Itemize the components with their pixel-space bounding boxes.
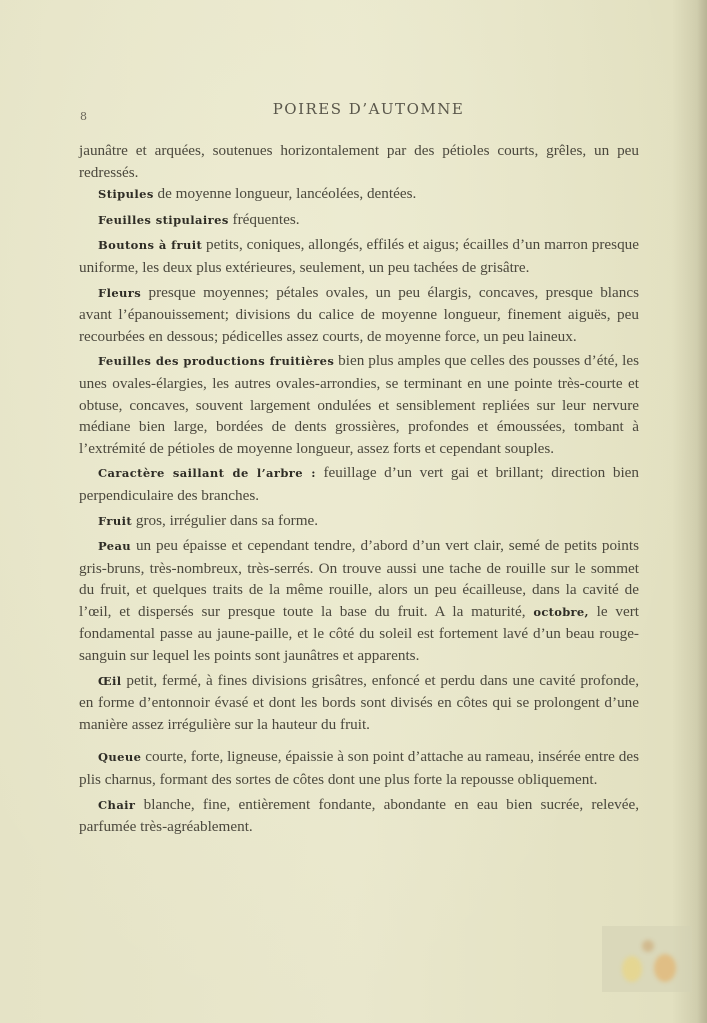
paragraph-oeil: Œil petit, fermé, à fines divisions gris… (79, 670, 639, 736)
paragraph-text: courte, forte, ligneuse, épaissie à son … (79, 748, 639, 788)
pear-illustration-bleed (654, 954, 676, 982)
paragraph-queue: Queue courte, forte, ligneuse, épaissie … (79, 746, 639, 790)
paragraph-chair: Chair blanche, fine, entièrement fondant… (79, 794, 639, 838)
paragraph-term: Feuilles des productions fruitières (98, 354, 334, 368)
paragraph-term: Chair (98, 798, 135, 812)
paragraph-fleurs: Fleurs presque moyennes; pétales ovales,… (79, 282, 639, 348)
paragraph-term: Caractère saillant de l’arbre : (98, 466, 316, 480)
pear-illustration-bleed (622, 956, 642, 982)
paragraph-term: Feuilles stipulaires (98, 213, 229, 227)
paragraph-term: Stipules (98, 187, 154, 201)
book-page: 8 POIRES D’AUTOMNE jaunâtre et arquées, … (0, 0, 707, 1023)
paragraph-text: fréquentes. (229, 211, 300, 228)
pear-illustration-bleed (642, 940, 654, 952)
paragraph-text: de moyenne longueur, lancéolées, dentées… (154, 185, 417, 202)
paragraph-term: Queue (98, 750, 141, 764)
paragraph-text: presque moyennes; pétales ovales, un peu… (79, 284, 639, 345)
maturity-month: octobre, (533, 605, 588, 619)
paragraph-text: gros, irrégulier dans sa forme. (132, 512, 318, 529)
paragraph-peau: Peau un peu épaisse et cependant tendre,… (79, 535, 639, 667)
paragraph-term: Peau (98, 539, 131, 553)
paragraph-term: Œil (98, 674, 122, 688)
paragraph-feuilles-productions-fruitieres: Feuilles des productions fruitières bien… (79, 350, 639, 459)
page-edge-shadow (697, 0, 707, 1023)
paragraph-stipules: Stipules de moyenne longueur, lancéolées… (79, 183, 639, 206)
body-text: jaunâtre et arquées, soutenues horizonta… (79, 140, 639, 838)
paragraph-boutons-a-fruit: Boutons à fruit petits, coniques, allong… (79, 234, 639, 278)
paragraph-text: jaunâtre et arquées, soutenues horizonta… (79, 142, 639, 181)
paragraph-caractere-saillant: Caractère saillant de l’arbre : feuillag… (79, 462, 639, 506)
paragraph-feuilles-stipulaires: Feuilles stipulaires fréquentes. (79, 209, 639, 232)
running-head: POIRES D’AUTOMNE (0, 100, 707, 118)
paragraph-text: petit, fermé, à fines divisions grisâtre… (79, 672, 639, 733)
paragraph-fruit: Fruit gros, irrégulier dans sa forme. (79, 510, 639, 533)
paragraph-term: Fruit (98, 514, 132, 528)
paragraph-text: blanche, fine, entièrement fondante, abo… (79, 796, 639, 836)
paragraph-continuation: jaunâtre et arquées, soutenues horizonta… (79, 140, 639, 183)
paragraph-term: Boutons à fruit (98, 238, 202, 252)
paragraph-term: Fleurs (98, 286, 141, 300)
show-through-illustration (602, 926, 692, 992)
